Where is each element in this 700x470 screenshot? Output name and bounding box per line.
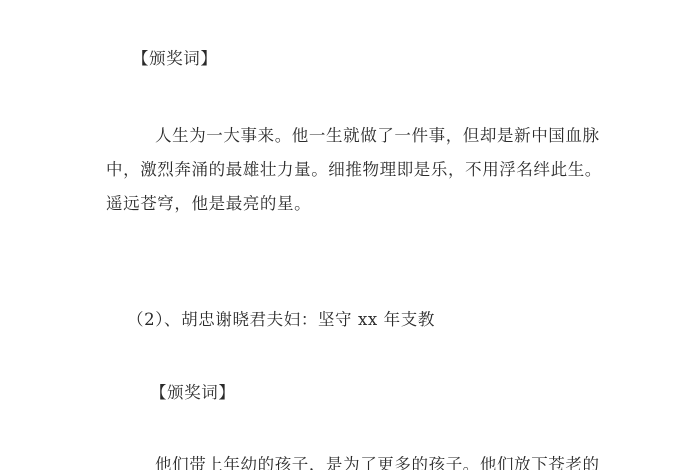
section-title-2: （2）、胡忠谢晓君夫妇：坚守 xx 年支教 (127, 310, 435, 330)
paragraph-line: 中，激烈奔涌的最雄壮力量。细推物理即是乐，不用浮名绊此生。 (106, 160, 602, 180)
award-heading-1: 【颁奖词】 (132, 49, 218, 69)
paragraph-line: 遥远苍穹，他是最亮的星。 (106, 194, 311, 214)
paragraph-line: 他们带上年幼的孩子，是为了更多的孩子。他们放下苍老的 (155, 455, 600, 470)
award-heading-2: 【颁奖词】 (150, 383, 236, 403)
paragraph-line: 人生为一大事来。他一生就做了一件事，但却是新中国血脉 (155, 126, 600, 146)
